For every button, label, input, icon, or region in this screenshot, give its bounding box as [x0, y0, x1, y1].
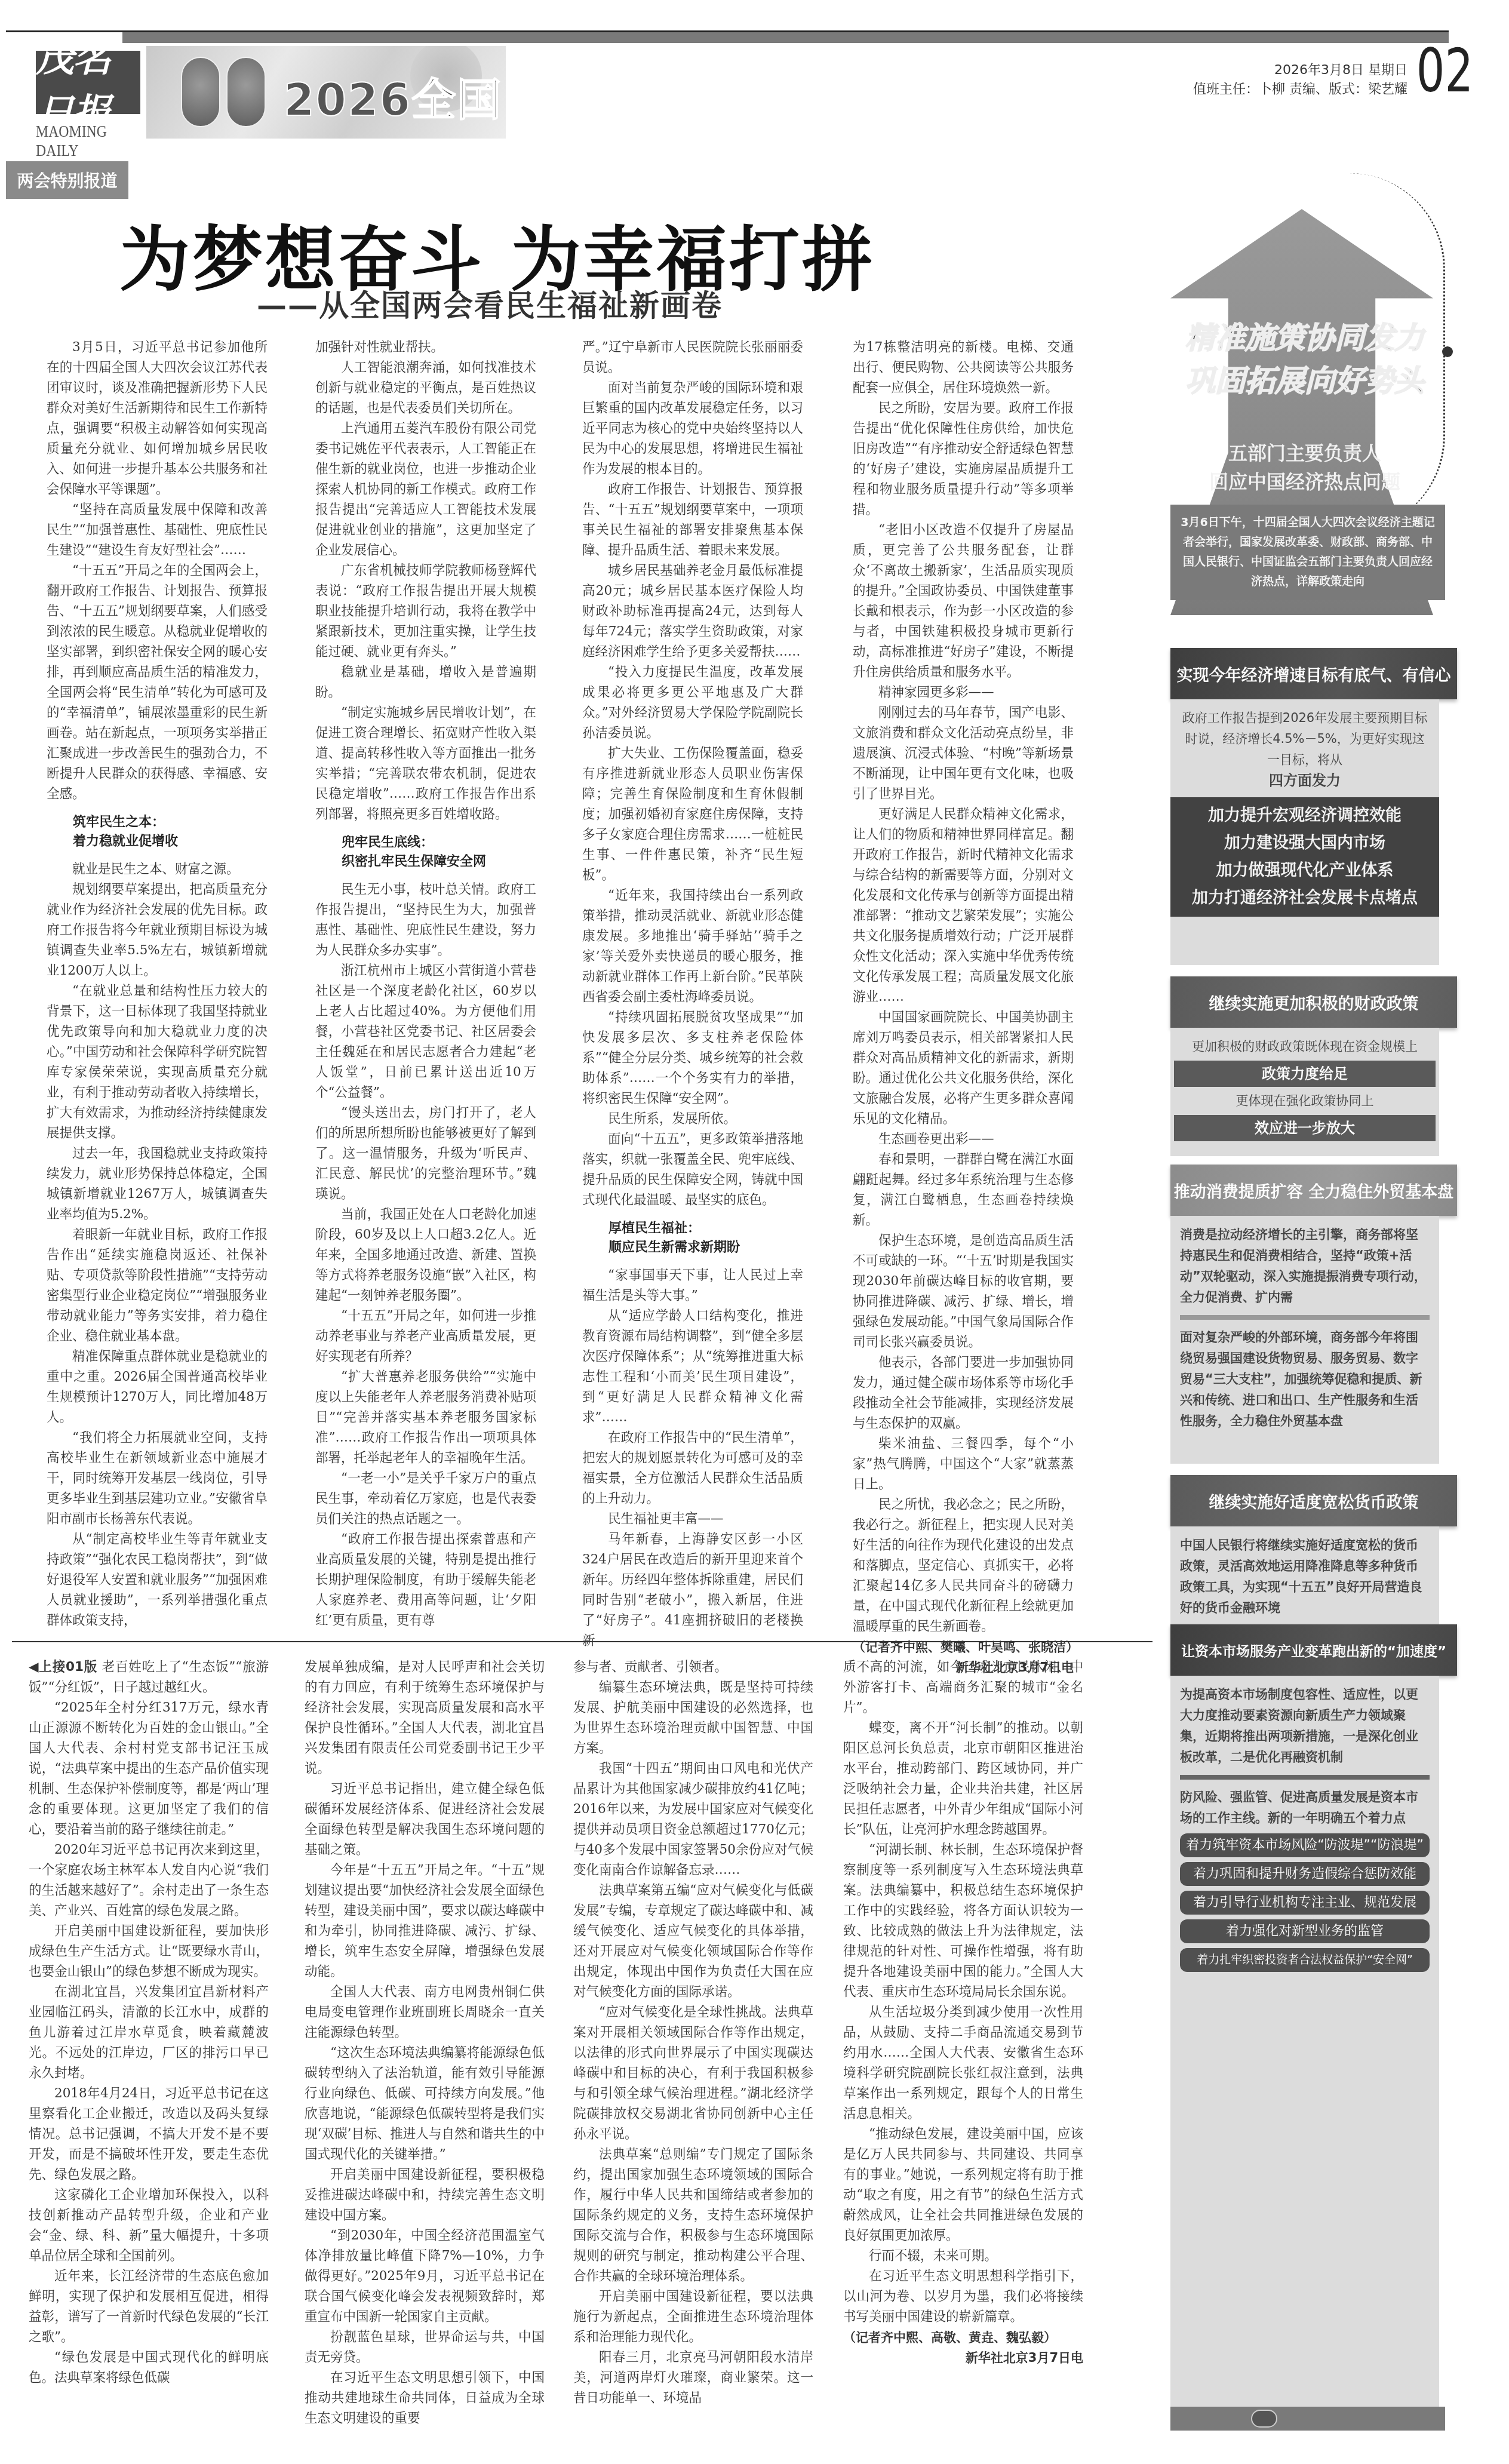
- highlight-bar: 效应进一步放大: [1174, 1115, 1436, 1141]
- focus-pill: 着力筑牢资本市场风险“防波堤”“防浪堤”: [1180, 1833, 1430, 1857]
- top-rule-right: [284, 30, 1449, 32]
- paragraph: 全国人大代表、南方电网贵州铜仁供电局变电管理作业班副班长周晓余一直关注能源绿色转…: [305, 1982, 545, 2043]
- paragraph: “推动绿色发展，建设美丽中国，应该是亿万人民共同参与、共同建设、共同享有的事业。…: [843, 2124, 1083, 2246]
- subheadline: ——从全国两会看民生福祉新画卷: [257, 282, 723, 325]
- dateline: 新华社北京3月7日电: [843, 2348, 1083, 2368]
- paragraph: 民之所盼，安居为要。政府工作报告提出“优化保障性住房供给，加快危旧房改造”“有序…: [853, 398, 1074, 520]
- focus-item: 加力做强现代化产业体系: [1170, 857, 1439, 884]
- logo-english: MAOMING DAILY: [36, 122, 125, 161]
- paragraph: 过去一年，我国稳就业支持政策持续发力，就业形势保持总体稳定，全国城镇新增就业12…: [47, 1144, 268, 1225]
- paragraph: “制定实施城乡居民增收计划”，在促进工资合理增长、拓宽财产性收入渠道、提高转移性…: [315, 703, 536, 825]
- article-column-3: 严。”辽宁阜新市人民医院院长张丽丽委员说。 面对当前复杂严峻的国际环境和艰巨繁重…: [582, 337, 803, 1651]
- section-body-growth: 政府工作报告提到2026年发展主要预期目标时说，经济增长4.5%－5%，为更好实…: [1170, 699, 1439, 965]
- paragraph: 从生活垃圾分类到减少使用一次性用品，从鼓励、支持二手商品流通交易到节约用水……全…: [843, 2002, 1083, 2124]
- paragraph: 发展单独成编，是对人民呼声和社会关切的有力回应，有利于统筹生态环境保护与经济社会…: [305, 1657, 545, 1779]
- paragraph: “近年来，我国持续出台一系列政策举措，推动灵活就业、新就业形态健康发展。多地推出…: [582, 886, 803, 1007]
- reporter-byline: （记者齐中熙、樊曦、叶昊鸣、张晓洁）: [853, 1637, 1074, 1657]
- paragraph: 在习近平生态文明思想科学指引下，以山河为卷、以岁月为墨，我们必将接续书写美丽中国…: [843, 2266, 1083, 2327]
- paragraph: 面对当前复杂严峻的国际环境和艰巨繁重的国内改革发展稳定任务，以习近平同志为核心的…: [582, 378, 803, 480]
- paragraph: 就业是民生之本、财富之源。: [47, 859, 268, 880]
- paragraph: 稳就业是基础，增收入是普遍期盼。: [315, 662, 536, 703]
- divider: [1180, 1775, 1430, 1780]
- focus-item: 加力打通经济社会发展卡点堵点: [1170, 884, 1439, 912]
- paragraph: “应对气候变化是全球性挑战。法典草案对开展相关领域国际合作等作出规定，以法律的形…: [573, 2002, 813, 2145]
- paragraph: 从“适应学龄人口结构变化，推进教育资源布局结构调整”，到“健全多层次医疗保障体系…: [582, 1306, 803, 1428]
- paragraph: “2025年全村分红317万元，绿水青山正源源不断转化为百姓的金山银山。”全国人…: [29, 1698, 269, 1840]
- paragraph: 民生福祉更丰富——: [582, 1509, 803, 1529]
- paragraph: 行而不辍，未来可期。: [843, 2246, 1083, 2266]
- newspaper-logo: 茂名日报: [36, 51, 140, 114]
- paragraph: 从“制定高校毕业生等青年就业支持政策”“强化农民工稳岗帮扶”，到“做好退役军人安…: [47, 1529, 268, 1631]
- subhead: 筑牢民生之本：着力稳就业促增收: [73, 813, 268, 851]
- infographic-footer: [1170, 2407, 1445, 2431]
- national-emblem-icon: [181, 57, 220, 127]
- article-divider: [12, 1641, 1153, 1642]
- paragraph: 为17栋整洁明亮的新楼。电梯、交通出行、便民购物、公共阅读等公共服务配套一应俱全…: [853, 337, 1074, 398]
- paragraph: “在就业总量和结构性压力较大的背景下，这一目标体现了我国坚持就业优先政策导向和加…: [47, 981, 268, 1144]
- paragraph: ◀上接01版 老百姓吃上了“生态饭”“旅游饭”“分红饭”，日子越过越红火。: [29, 1657, 269, 1698]
- focus-pill: 着力扎牢织密投资者合法权益保护“安全网”: [1180, 1948, 1430, 1972]
- paragraph: 扮靓蓝色星球，世界命运与共，中国责无旁贷。: [305, 2327, 545, 2368]
- paragraph: “十五五”开局之年，如何进一步推动养老事业与养老产业高质量发展，更好实现老有所养…: [315, 1306, 536, 1367]
- section-heading-monetary: 继续实施好适度宽松货币政策: [1170, 1475, 1457, 1526]
- paragraph: 加强针对性就业帮扶。: [315, 337, 536, 358]
- paragraph: “政府工作报告提出探索普惠和产业高质量发展的关键，特别是提出推行长期护理保险制度…: [315, 1529, 536, 1631]
- paragraph: 开启美丽中国建设新征程，要以法典施行为新起点，全面推进生态环境治理体系和治理能力…: [573, 2287, 813, 2348]
- xinhua-seal-icon: [1251, 2410, 1277, 2428]
- infographic-intro: 3月6日下午，十四届全国人大四次会议经济主题记者会举行，国家发展改革委、财政部、…: [1170, 505, 1445, 600]
- paragraph: 法典草案第五编“应对气候变化与低碳发展”专编，专章规定了碳达峰碳中和、减缓气候变…: [573, 1881, 813, 2002]
- divider: [1180, 1315, 1430, 1320]
- section-heading-fiscal: 继续实施更加积极的财政政策: [1170, 976, 1457, 1028]
- paragraph: 在湖北宜昌，兴发集团宜昌新材料产业园临江码头，清澈的长江水中，成群的鱼儿游着过江…: [29, 1982, 269, 2084]
- article2-column-2: 发展单独成编，是对人民呼声和社会关切的有力回应，有利于统筹生态环境保护与经济社会…: [305, 1657, 545, 2429]
- paragraph: “一老一小”是关乎千家万户的重点民生事，牵动着亿万家庭，也是代表委员们关注的热点…: [315, 1468, 536, 1529]
- paragraph: 近年来，长江经济带的生态底色愈加鲜明，实现了保护和发展相互促进，相得益彰，谱写了…: [29, 2266, 269, 2348]
- paragraph: 2018年4月24日，习近平总书记在这里察看化工企业搬迁，改造以及码头复绿情况。…: [29, 2084, 269, 2185]
- paragraph: 开启美丽中国建设新征程，要积极稳妥推进碳达峰碳中和，持续完善生态文明建设中国方案…: [305, 2165, 545, 2226]
- paragraph: 蝶变，离不开“河长制”的推动。以朝阳区总河长负总责，北京市朝阳区推进治水平台，推…: [843, 1718, 1083, 1840]
- issue-date: 2026年3月8日 星期日: [1274, 60, 1407, 78]
- paragraph: 民之所忧，我必念之；民之所盼，我必行之。新征程上，把实现人民对美好生活的向往作为…: [853, 1495, 1074, 1637]
- paragraph: “老旧小区改造不仅提升了房屋品质，更完善了公共服务配套，让群众‘不离故土搬新家’…: [853, 520, 1074, 683]
- focus-pill: 着力强化对新型业务的监管: [1180, 1919, 1430, 1943]
- paragraph: 3月5日，习近平总书记参加他所在的十四届全国人大四次会议江苏代表团审议时，谈及准…: [47, 337, 268, 500]
- economy-infographic: 精准施策协同发力 巩固拓展向好势头 五部门主要负责人 回应中国经济热点问题 3月…: [1170, 173, 1457, 2443]
- reporter-byline: （记者齐中熙、高敬、黄垚、魏弘毅）: [843, 2327, 1083, 2348]
- subhead: 兜牢民生底线：织密扎牢民生保障安全网: [342, 833, 536, 871]
- section-body-capital-market: 为提高资本市场制度包容性、适应性，以更大力度推动要素资源向新质生产力领域聚集，近…: [1170, 1676, 1439, 2407]
- focus-item: 加力提升宏观经济调控效能: [1170, 802, 1439, 829]
- paragraph: 广东省机械技师学院教师杨登辉代表说：“政府工作报告提出开展大规模职业技能提升培训…: [315, 561, 536, 662]
- section-body-fiscal: 更加积极的财政政策既体现在资金规模上 政策力度给足 更体现在强化政策协同上 效应…: [1170, 1028, 1439, 1156]
- paragraph: 他表示，各部门要进一步加强协同发力，通过健全碳市场体系等市场化手段推动全社会节能…: [853, 1353, 1074, 1434]
- highlight-bar: 政策力度给足: [1174, 1061, 1436, 1087]
- infographic-subtitle: 五部门主要负责人 回应中国经济热点问题: [1176, 439, 1433, 496]
- paragraph: 民生无小事，枝叶总关情。政府工作报告提出，“坚持民生为大，加强普惠性、基础性、兜…: [315, 880, 536, 961]
- paragraph: 更好满足人民群众精神文化需求，让人们的物质和精神世界同样富足。翻开政府工作报告，…: [853, 804, 1074, 1007]
- paragraph: 在习近平生态文明思想引领下，中国推动共建地球生命共同体，日益成为全球生态文明建设…: [305, 2368, 545, 2429]
- focus-pill: 着力引导行业机构专注主业、规范发展: [1180, 1891, 1430, 1915]
- editor-credits: 值班主任：卜柳 责编、版式：梁艺耀: [1193, 79, 1407, 97]
- paragraph: 这家磷化工企业增加环保投入，以科技创新推动产品转型升级，企业和产业会“金、绿、科…: [29, 2185, 269, 2266]
- paragraph: “馒头送出去，房门打开了，老人们的所思所想所盼也能够被更好了解到了。这一温情服务…: [315, 1103, 536, 1205]
- paragraph: 保护生态环境，是创造高品质生活不可或缺的一环。“‘十五’时期是我国实现2030年…: [853, 1231, 1074, 1353]
- two-sessions-banner: 2026全国两会: [146, 46, 506, 139]
- logo-text: 茂名日报: [36, 27, 140, 137]
- paragraph: 质不高的河流，如今已成为市民休闲、中外游客打卡、高端商务汇聚的城市“金名片”。: [843, 1657, 1083, 1718]
- paragraph: 精神家园更多彩——: [853, 683, 1074, 703]
- paragraph: 人工智能浪潮奔涌，如何找准技术创新与就业稳定的平衡点，是百姓热议的话题，也是代表…: [315, 358, 536, 419]
- paragraph: 民生所系，发展所依。: [582, 1109, 803, 1129]
- article-column-2: 加强针对性就业帮扶。 人工智能浪潮奔涌，如何找准技术创新与就业稳定的平衡点，是百…: [315, 337, 536, 1631]
- paragraph: 精准保障重点群体就业是稳就业的重中之重。2026届全国普通高校毕业生规模预计12…: [47, 1347, 268, 1428]
- paragraph: “投入力度提民生温度，改革发展成果必将更多更公平地惠及广大群众。”对外经济贸易大…: [582, 662, 803, 743]
- paragraph: 当前，我国正处在人口老龄化加速阶段，60岁及以上人口超3.2亿人。近年来，全国多…: [315, 1205, 536, 1306]
- paragraph: 浙江杭州市上城区小营街道小营巷社区是一个深度老龄化社区，60岁以上老人占比超过4…: [315, 961, 536, 1103]
- section-tag-label: 两会特别报道: [17, 168, 117, 192]
- paragraph: 上汽通用五菱汽车股份有限公司党委书记姚佐平代表表示，人工智能正在催生新的就业岗位…: [315, 419, 536, 561]
- paragraph: “家事国事天下事，让人民过上幸福生活是头等大事。”: [582, 1265, 803, 1306]
- subhead: 厚植民生福祉：顺应民生新需求新期盼: [608, 1219, 803, 1257]
- page-number: 02: [1416, 36, 1473, 106]
- infographic-title: 精准施策协同发力 巩固拓展向好势头: [1176, 317, 1433, 403]
- paragraph: 春和景明，一群群白鹭在满江水面翩跹起舞。经过多年系统治理与生态修复，满江白鹭栖息…: [853, 1150, 1074, 1231]
- paragraph: “到2030年，中国全经济范围温室气体净排放量比峰值下降7%—10%，力争做得更…: [305, 2226, 545, 2327]
- focus-list: 加力提升宏观经济调控效能 加力建设强大国内市场 加力做强现代化产业体系 加力打通…: [1170, 797, 1439, 917]
- paragraph: 城乡居民基础养老金月最低标准提高20元；城乡居民基本医疗保险人均财政补助标准再提…: [582, 561, 803, 662]
- paragraph: 习近平总书记指出，建立健全绿色低碳循环发展经济体系、促进经济社会发展全面绿色转型…: [305, 1779, 545, 1860]
- paragraph: 开启美丽中国建设新征程，要加快形成绿色生产生活方式。让“既要绿水青山，也要金山银…: [29, 1921, 269, 1982]
- paragraph: 编纂生态环境法典，既是坚持可持续发展、护航美丽中国建设的必然选择，也为世界生态环…: [573, 1678, 813, 1759]
- paragraph: 刚刚过去的马年春节，国产电影、文旅消费和群众文化活动亮点纷呈，非遗展演、沉浸式体…: [853, 703, 1074, 804]
- article-column-1: 3月5日，习近平总书记参加他所在的十四届全国人大四次会议江苏代表团审议时，谈及准…: [47, 337, 268, 1631]
- paragraph: “这次生态环境法典编纂将能源绿色低碳转型纳入了法治轨道，能有效引导能源行业向绿色…: [305, 2043, 545, 2165]
- cppcc-emblem-icon: [226, 57, 266, 127]
- paragraph: 中国国家画院院长、中国美协副主席刘万鸣委员表示，相关部署紧扣人民群众对高品质精神…: [853, 1007, 1074, 1129]
- paragraph: 我国“十四五”期间由口风电和光伏产品累计为其他国家减少碳排放约41亿吨；2016…: [573, 1759, 813, 1881]
- article2-column-3: 参与者、贡献者、引领者。 编纂生态环境法典，既是坚持可持续发展、护航美丽中国建设…: [573, 1657, 813, 2408]
- paragraph: “扩大普惠养老服务供给”“实施中度以上失能老年人养老服务消费补贴项目”“完善并落…: [315, 1367, 536, 1468]
- paragraph: 扩大失业、工伤保险覆盖面，稳妥有序推进新就业形态人员职业伤害保障；完善生育保险制…: [582, 743, 803, 886]
- paragraph: 生态画卷更出彩——: [853, 1129, 1074, 1150]
- paragraph: “十五五”开局之年的全国两会上，翻开政府工作报告、计划报告、预算报告、“十五五”…: [47, 561, 268, 804]
- paragraph: 政府工作报告、计划报告、预算报告、“十五五”规划纲要草案中，一项项事关民生福祉的…: [582, 480, 803, 561]
- article2-column-1: ◀上接01版 老百姓吃上了“生态饭”“旅游饭”“分红饭”，日子越过越红火。 “2…: [29, 1657, 269, 2388]
- paragraph: 严。”辽宁阜新市人民医院院长张丽丽委员说。: [582, 337, 803, 378]
- masthead: 茂名日报 MAOMING DAILY 2026全国两会 2026年3月8日 星期…: [0, 0, 1509, 143]
- paragraph: 马年新春，上海静安区彭一小区324户居民在改造后的新开里迎来首个新年。历经四年整…: [582, 1529, 803, 1651]
- paragraph: 面向“十五五”，更多政策举措落地落实，织就一张覆盖全民、兜牢底线、提升品质的民生…: [582, 1129, 803, 1211]
- paragraph: 今年是“十五五”开局之年。“十五”规划建议提出要“加快经济社会发展全面绿色转型，…: [305, 1860, 545, 1982]
- section-heading-capital-market: 让资本市场服务产业变革跑出新的“加速度”: [1170, 1624, 1457, 1676]
- section-tag: 两会特别报道: [6, 161, 128, 199]
- section-body-consumption: 消费是拉动经济增长的主引擎，商务部将坚持惠民生和促消费相结合，坚持“政策+活动”…: [1170, 1216, 1439, 1464]
- section-heading-growth: 实现今年经济增速目标有底气、有信心: [1170, 648, 1457, 699]
- top-gray-band: [122, 32, 1449, 43]
- continued-from-page-link[interactable]: ◀上接01版: [29, 1660, 97, 1675]
- paragraph: 2020年习近平总书记再次来到这里，一个家庭农场主林军本人发自内心说“我们的生活…: [29, 1840, 269, 1921]
- paragraph: “持续巩固拓展脱贫攻坚成果”“加快发展多层次、多支柱养老保险体系”“健全分层分类…: [582, 1007, 803, 1109]
- paragraph: “我们将全力拓展就业空间，支持高校毕业生在新领域新业态中施展才干，同时统筹开发基…: [47, 1428, 268, 1529]
- paragraph: 参与者、贡献者、引领者。: [573, 1657, 813, 1678]
- arc-node-icon: [1442, 346, 1453, 357]
- focus-pill: 着力巩固和提升财务造假综合惩防效能: [1180, 1862, 1430, 1886]
- paragraph: “河湖长制、林长制，生态环境保护督察制度等一系列制度写入生态环境法典草案。法典编…: [843, 1840, 1083, 2002]
- paragraph: 柴米油盐、三餐四季，每个“小家”热气腾腾，中国这个“大家”就蒸蒸日上。: [853, 1434, 1074, 1495]
- banner-title: 2026全国两会: [284, 65, 506, 139]
- paragraph: 规划纲要草案提出，把高质量充分就业作为经济社会发展的优先目标。政府工作报告将今年…: [47, 880, 268, 981]
- paragraph: “绿色发展是中国式现代化的鲜明底色。法典草案将绿色低碳: [29, 2348, 269, 2388]
- article2-column-4: 质不高的河流，如今已成为市民休闲、中外游客打卡、高端商务汇聚的城市“金名片”。 …: [843, 1657, 1083, 2368]
- paragraph: 着眼新一年就业目标，政府工作报告作出“延续实施稳岗返还、社保补贴、专项贷款等阶段…: [47, 1225, 268, 1347]
- paragraph: 阳春三月，北京亮马河朝阳段水清岸美，河道两岸灯火璀璨，商业繁荣。这一昔日功能单一…: [573, 2348, 813, 2408]
- article-column-4: 为17栋整洁明亮的新楼。电梯、交通出行、便民购物、公共阅读等公共服务配套一应俱全…: [853, 337, 1074, 1678]
- paragraph: 法典草案“总则编”专门规定了国际条约，提出国家加强生态环境领域的国际合作，履行中…: [573, 2145, 813, 2287]
- focus-item: 加力建设强大国内市场: [1170, 829, 1439, 857]
- paragraph: “坚持在高质量发展中保障和改善民生”“加强普惠性、基础性、兜底性民生建设”“建设…: [47, 500, 268, 561]
- section-heading-consumption: 推动消费提质扩容 全力稳住外贸基本盘: [1170, 1165, 1457, 1216]
- section-body-monetary: 中国人民银行将继续实施好适度宽松的货币政策，灵活高效地运用降准降息等多种货币政策…: [1170, 1526, 1439, 1634]
- paragraph: 在政府工作报告中的“民生清单”，把宏大的规划愿景转化为可感可及的幸福实景，全方位…: [582, 1428, 803, 1509]
